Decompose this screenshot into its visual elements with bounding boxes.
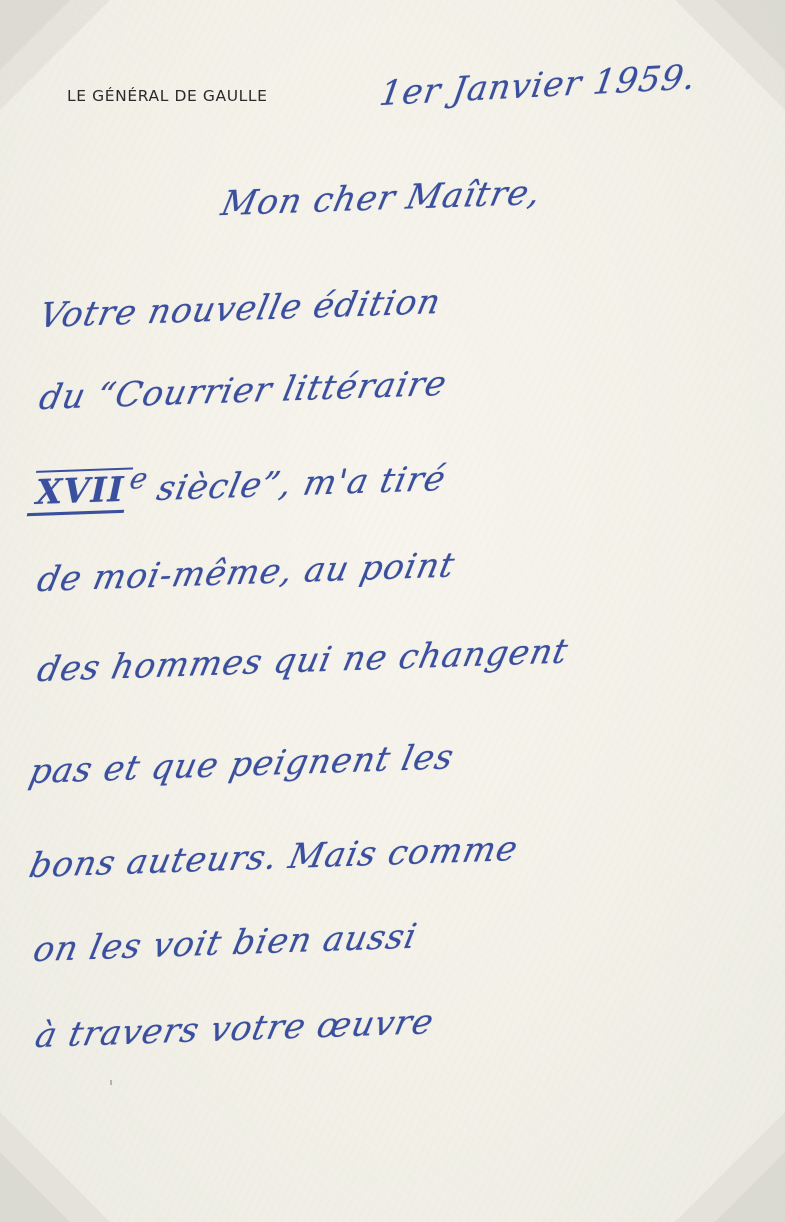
body-line: bons auteurs. Mais comme — [26, 829, 522, 886]
body-line: pas et que peignent les — [26, 737, 458, 792]
body-line: des hommes qui ne changent — [34, 631, 572, 690]
body-line: Votre nouvelle édition — [36, 282, 445, 336]
photo-corner-mount-icon — [675, 1112, 785, 1222]
body-line: à travers votre œuvre — [32, 1002, 438, 1056]
photo-corner-mount-icon — [0, 1112, 110, 1222]
body-line-text: siècle”, m'a tiré — [153, 459, 449, 509]
body-line: du “Courrier littéraire — [36, 364, 451, 419]
ink-speck — [110, 1080, 112, 1085]
salutation: Mon cher Maître, — [218, 173, 545, 224]
letter-paper: LE GÉNÉRAL DE GAULLE 1er Janvier 1959. M… — [0, 0, 785, 1222]
body-line: de moi-même, au point — [34, 545, 459, 600]
body-line: on les voit bien aussi — [30, 916, 421, 970]
roman-numeral-century: XVII — [27, 468, 133, 517]
letter-date: 1er Janvier 1959. — [377, 57, 699, 114]
letterhead: LE GÉNÉRAL DE GAULLE — [67, 87, 268, 105]
body-line: XVIIe siècle”, m'a tiré — [27, 451, 452, 516]
